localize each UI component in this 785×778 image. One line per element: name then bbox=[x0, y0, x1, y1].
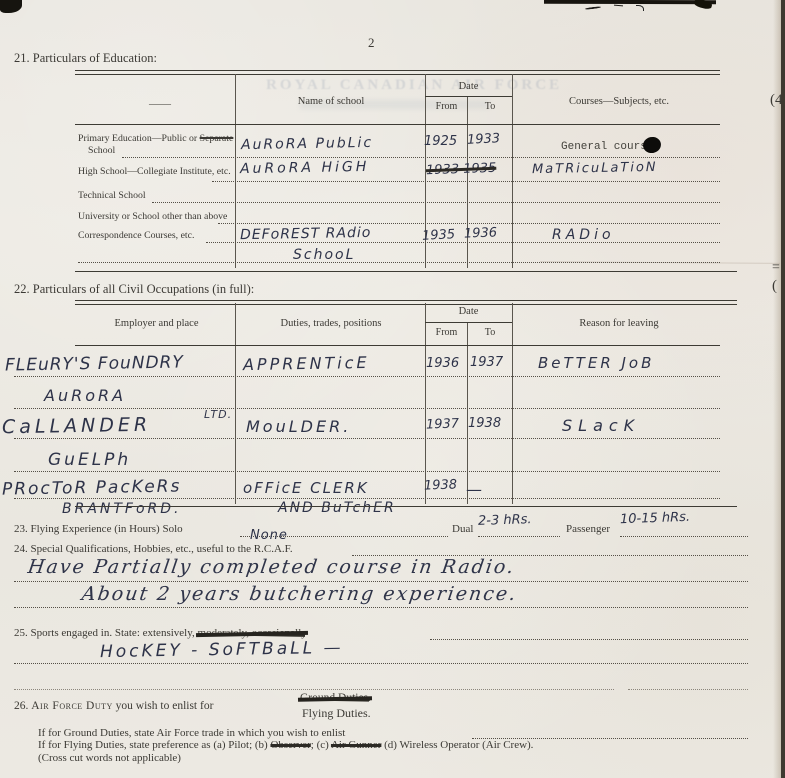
occ-col-divider bbox=[512, 303, 513, 504]
occ-table-bottom-rule bbox=[75, 506, 737, 507]
edu-col-from: From bbox=[426, 101, 467, 112]
dotted-leader bbox=[478, 536, 560, 537]
hw-qualifications-line2: About 2 years butchering experience. bbox=[80, 583, 518, 605]
margin-glyph: (4 bbox=[770, 92, 783, 109]
hw-to-3: — bbox=[466, 480, 482, 499]
occ-table-top-rule bbox=[75, 300, 737, 305]
page-edge-shade bbox=[773, 0, 781, 778]
occ-date-underline bbox=[425, 322, 512, 323]
hw-to-2: 1938 bbox=[468, 416, 501, 431]
hw-corr-school2: SchooL bbox=[293, 247, 355, 263]
pen-mark bbox=[614, 5, 623, 7]
edu-row-label-correspondence: Correspondence Courses, etc. bbox=[78, 230, 238, 241]
hw-qualifications-line1: Have Partially completed course in Radio… bbox=[26, 556, 516, 578]
section-25-label: 25. Sports engaged in. State: extensivel… bbox=[14, 627, 307, 639]
dotted-leader-faint bbox=[628, 689, 748, 690]
struck-word-separate: Separate bbox=[200, 133, 234, 144]
occ-col-duties: Duties, trades, positions bbox=[237, 318, 425, 329]
edu-col-divider bbox=[512, 74, 513, 268]
hw-reason-2: SLacK bbox=[562, 416, 640, 435]
hw-employer-1: FLEuRY'S FouNDRY bbox=[5, 352, 184, 375]
section-26-label: 26. Air Force Duty you wish to enlist fo… bbox=[14, 700, 213, 712]
occ-col-employer: Employer and place bbox=[78, 318, 235, 329]
ground-duties-line: If for Ground Duties, state Air Force tr… bbox=[38, 727, 345, 739]
edu-row-label-technical: Technical School bbox=[78, 190, 238, 201]
edu-table-bottom-rule bbox=[75, 271, 737, 272]
dotted-leader bbox=[212, 181, 720, 182]
hw-place-2: GuELPh bbox=[48, 450, 131, 470]
scan-top-right-blob bbox=[693, 0, 712, 10]
edu-col-courses: Courses—Subjects, etc. bbox=[518, 96, 720, 107]
edu-col-blank: —— bbox=[110, 98, 210, 110]
struck-word-observer: Observer bbox=[270, 739, 310, 751]
hw-to-1: 1937 bbox=[470, 355, 503, 370]
margin-glyph: ( bbox=[772, 278, 777, 295]
hw-corr-courses: RADio bbox=[552, 227, 615, 243]
typed-primary-courses: General course bbox=[561, 141, 653, 153]
pen-mark bbox=[585, 6, 601, 10]
edu-col-school: Name of school bbox=[240, 96, 422, 107]
dual-label: Dual bbox=[452, 523, 473, 535]
hw-highschool-dates-struck: 1933 1935 bbox=[426, 161, 497, 178]
hw-primary-to: 1933 bbox=[467, 131, 501, 148]
hw-passenger-value: 10-15 hRs. bbox=[620, 510, 691, 527]
hw-duties-2: MouLDER. bbox=[246, 417, 351, 436]
occ-col-reason: Reason for leaving bbox=[518, 318, 720, 329]
pen-mark bbox=[636, 5, 644, 11]
page-number: 2 bbox=[368, 35, 375, 51]
edu-table-top-rule bbox=[75, 70, 720, 75]
flying-duties-line: If for Flying Duties, state preference a… bbox=[38, 739, 533, 751]
hw-corr-to: 1936 bbox=[464, 225, 498, 241]
scan-corner-blot bbox=[0, 0, 22, 13]
dotted-leader bbox=[14, 581, 748, 582]
hw-dual-value: 2-3 hRs. bbox=[478, 512, 532, 529]
dotted-leader bbox=[14, 408, 720, 409]
dotted-leader bbox=[14, 663, 748, 664]
hw-place-1: AuRoRA bbox=[44, 386, 126, 405]
edu-row-label-university: University or School other than above bbox=[78, 211, 248, 222]
page-edge bbox=[781, 0, 785, 778]
cross-cut-note: (Cross cut words not applicable) bbox=[38, 752, 181, 764]
option-flying-duties: Flying Duties. bbox=[302, 706, 371, 721]
occ-col-from: From bbox=[426, 327, 467, 338]
dotted-leader bbox=[14, 607, 748, 608]
section-23-label: 23. Flying Experience (in Hours) Solo bbox=[14, 523, 183, 535]
struck-words-air-gunner: Air Gunner bbox=[331, 739, 381, 751]
dotted-leader-faint bbox=[14, 689, 614, 690]
hw-place-3: BRANTFoRD. bbox=[62, 501, 182, 517]
margin-glyph: = bbox=[772, 260, 780, 276]
hw-from-2: 1937 bbox=[426, 416, 460, 432]
dotted-leader bbox=[14, 471, 720, 472]
hw-employer-2-suffix: LTD. bbox=[204, 408, 232, 421]
section-22-heading: 22. Particulars of all Civil Occupations… bbox=[14, 282, 254, 297]
section-24-label: 24. Special Qualifications, Hobbies, etc… bbox=[14, 543, 293, 555]
hw-reason-1: BeTTER JoB bbox=[538, 354, 654, 372]
hw-employer-2: CaLLANDER bbox=[2, 414, 152, 439]
hw-primary-school: AuRoRA PubLic bbox=[241, 135, 373, 153]
occ-col-divider bbox=[235, 303, 236, 504]
option-ground-duties-struck: Ground Duties. bbox=[300, 692, 371, 704]
hw-solo-value: None bbox=[250, 528, 288, 543]
scan-top-strip bbox=[544, 0, 716, 4]
hw-sports-value: HocKEY - SoFTBaLL — bbox=[100, 638, 344, 662]
occ-header-bottom-rule bbox=[75, 345, 720, 346]
section-21-heading: 21. Particulars of Education: bbox=[14, 51, 157, 66]
scanned-form-page: ROYAL CANADIAN AIR FORCE 2 21. Particula… bbox=[0, 0, 785, 778]
edu-date-underline bbox=[425, 96, 512, 97]
edu-header-bottom-rule bbox=[75, 124, 720, 125]
hw-highschool-courses: MaTRicuLaTioN bbox=[532, 160, 658, 177]
hw-duties-3b: AND BuTchER bbox=[278, 500, 396, 516]
dotted-leader bbox=[14, 376, 720, 377]
edu-row-label-highschool: High School—Collegiate Institute, etc. bbox=[78, 166, 238, 177]
hw-employer-3: PRocToR PacKeRs bbox=[2, 476, 182, 499]
dotted-leader bbox=[78, 262, 720, 263]
dotted-leader bbox=[122, 157, 720, 158]
hw-primary-from: 1925 bbox=[424, 134, 457, 149]
small-caps-air-force-duty: Air Force Duty bbox=[31, 700, 113, 712]
edu-row-label-primary: Primary Education—Public or Separate Sch… bbox=[78, 133, 238, 157]
edu-col-date: Date bbox=[425, 81, 512, 92]
dotted-leader bbox=[14, 498, 720, 499]
passenger-label: Passenger bbox=[566, 523, 610, 535]
dotted-leader bbox=[430, 639, 748, 640]
bleedthrough-text: ROYAL CANADIAN AIR FORCE bbox=[266, 77, 562, 94]
hw-corr-from: 1935 bbox=[422, 227, 456, 244]
occ-fromto-divider bbox=[467, 322, 468, 504]
struck-words-moderately-occasionally: moderately, occasionally bbox=[198, 627, 307, 639]
hw-from-3: 1938 bbox=[424, 477, 458, 493]
hw-corr-school: DEFoREST RAdio bbox=[240, 225, 372, 243]
hw-duties-3: oFFicE CLERK bbox=[243, 479, 369, 497]
occ-col-to: To bbox=[469, 327, 511, 338]
occ-col-date: Date bbox=[425, 306, 512, 317]
dotted-leader bbox=[14, 438, 720, 439]
dotted-leader bbox=[152, 202, 720, 203]
edu-col-to: To bbox=[469, 101, 511, 112]
dotted-leader bbox=[218, 223, 720, 224]
hw-highschool: AuRoRA HiGH bbox=[240, 159, 370, 177]
hw-duties-1: APPRENTicE bbox=[243, 353, 370, 374]
hw-from-1: 1936 bbox=[426, 356, 459, 371]
dotted-leader bbox=[620, 536, 748, 537]
